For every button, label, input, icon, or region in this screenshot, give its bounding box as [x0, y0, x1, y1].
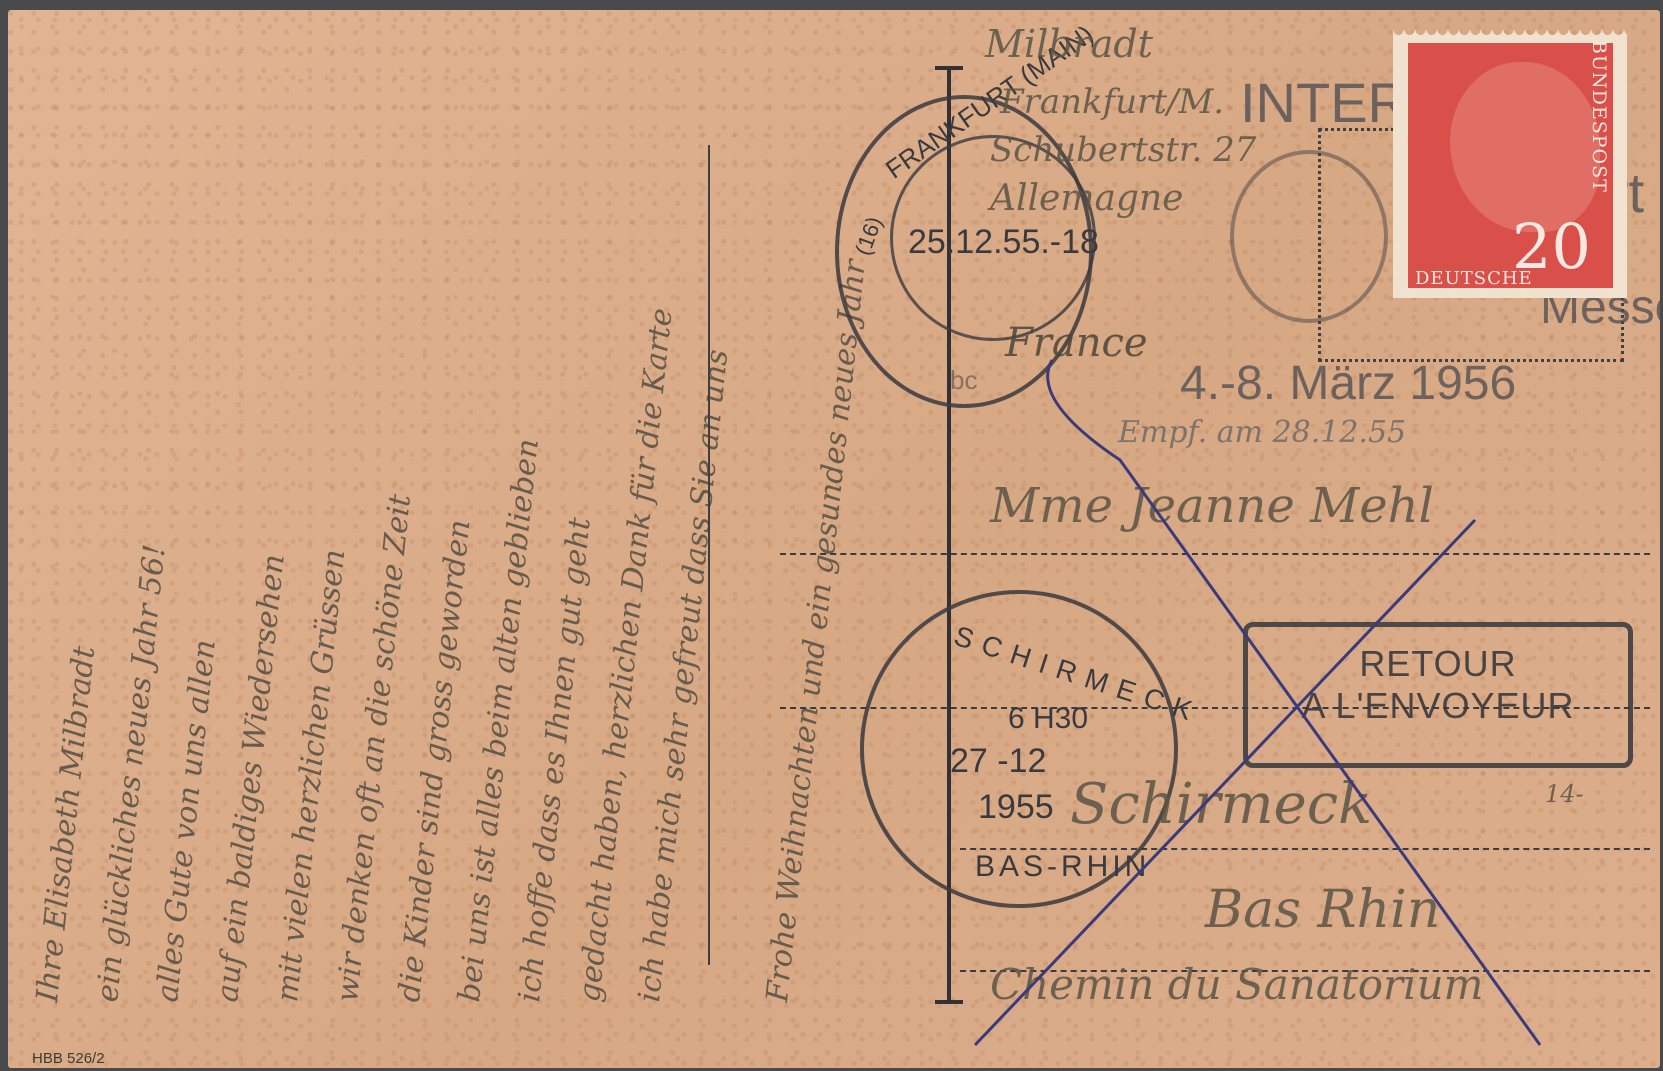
publisher-imprint: HBB 526/2: [32, 1050, 105, 1067]
blue-cross-out-mark: [0, 0, 1663, 1071]
